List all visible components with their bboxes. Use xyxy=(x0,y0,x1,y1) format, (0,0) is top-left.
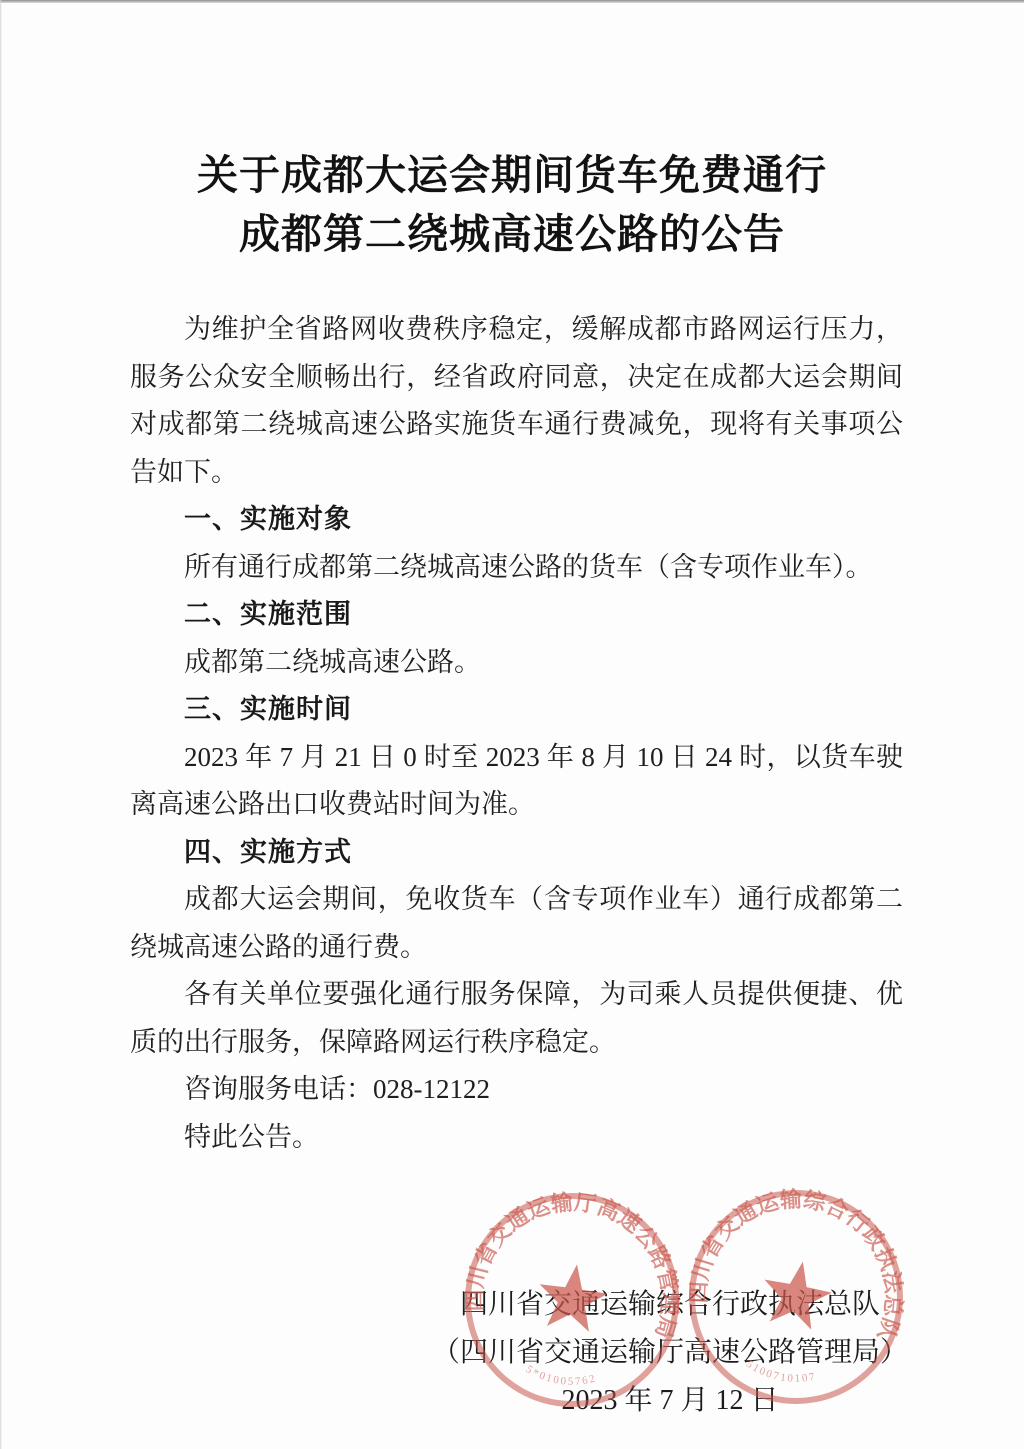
section-heading-2: 二、实施范围 xyxy=(130,591,903,639)
paragraph-targets: 所有通行成都第二绕城高速公路的货车（含专项作业车）。 xyxy=(130,544,903,592)
section-heading-3: 三、实施时间 xyxy=(130,686,903,734)
scan-edge-top xyxy=(0,0,1024,3)
paragraph-time: 2023 年 7 月 21 日 0 时至 2023 年 8 月 10 日 24 … xyxy=(130,734,903,829)
paragraph-hotline: 咨询服务电话：028-12122 xyxy=(130,1066,903,1114)
document-page: 关于成都大运会期间货车免费通行 成都第二绕城高速公路的公告 为维护全省路网收费秩… xyxy=(0,0,1024,1449)
signature-org-line-1: 四川省交通运输综合行政执法总队 xyxy=(420,1281,920,1329)
signature-block: 四川省交通运输综合行政执法总队 （四川省交通运输厅高速公路管理局） 2023 年… xyxy=(420,1281,920,1425)
section-heading-4: 四、实施方式 xyxy=(130,829,903,877)
doc-title: 关于成都大运会期间货车免费通行 成都第二绕城高速公路的公告 xyxy=(0,146,1024,264)
signature-org-line-2: （四川省交通运输厅高速公路管理局） xyxy=(420,1329,920,1377)
section-heading-1: 一、实施对象 xyxy=(130,496,903,544)
doc-body: 为维护全省路网收费秩序稳定，缓解成都市路网运行压力，服务公众安全顺畅出行，经省政… xyxy=(130,306,903,1161)
paragraph-method: 成都大运会期间，免收货车（含专项作业车）通行成都第二绕城高速公路的通行费。 xyxy=(130,876,903,971)
doc-title-line-2: 成都第二绕城高速公路的公告 xyxy=(0,205,1024,264)
paragraph-service: 各有关单位要强化通行服务保障，为司乘人员提供便捷、优质的出行服务，保障路网运行秩… xyxy=(130,971,903,1066)
paragraph-closing: 特此公告。 xyxy=(130,1114,903,1162)
paragraph-intro: 为维护全省路网收费秩序稳定，缓解成都市路网运行压力，服务公众安全顺畅出行，经省政… xyxy=(130,306,903,496)
signature-date: 2023 年 7 月 12 日 xyxy=(420,1377,920,1425)
paragraph-scope: 成都第二绕城高速公路。 xyxy=(130,639,903,687)
doc-title-line-1: 关于成都大运会期间货车免费通行 xyxy=(0,146,1024,205)
